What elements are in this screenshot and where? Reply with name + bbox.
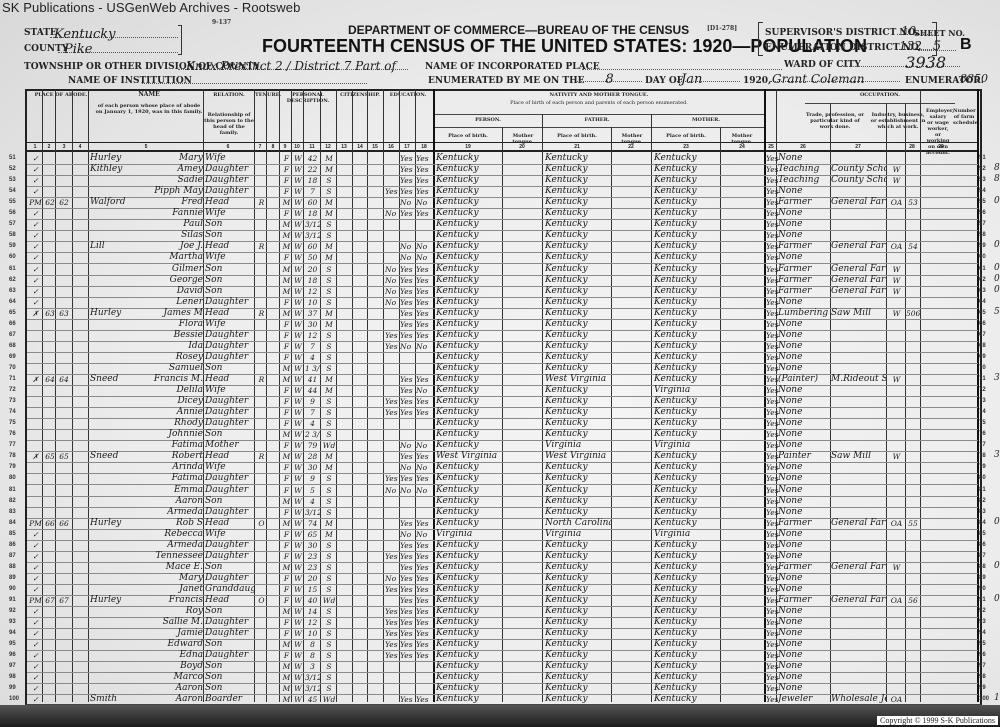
tenure-owned-cell: [256, 661, 267, 672]
can-write-cell: Yes: [416, 330, 433, 341]
employer-class-cell: W: [888, 164, 905, 175]
age-cell: 44: [305, 385, 320, 396]
marital-status-cell: S: [322, 473, 336, 484]
line-number-left: 55: [9, 199, 16, 205]
father-birthplace-cell: Kentucky: [545, 330, 611, 341]
given-name-cell: Jamie: [140, 628, 203, 639]
incorporated-place-field: [582, 60, 782, 70]
speaks-english-cell: Yes: [766, 639, 778, 650]
family-number-cell: 64: [57, 374, 71, 385]
speaks-english-cell: Yes: [766, 694, 778, 705]
race-cell: W: [292, 186, 304, 197]
col-number: 13: [338, 144, 350, 150]
speaks-english-cell: Yes: [766, 672, 778, 683]
mother-birthplace-cell: Kentucky: [654, 595, 720, 606]
employer-class-cell: [888, 540, 905, 551]
line-number-left: 52: [9, 166, 16, 172]
employer-class-cell: W: [888, 451, 905, 462]
dwelling-number-cell: [44, 551, 56, 562]
sex-cell: M: [281, 639, 292, 650]
relation-cell: Daughter: [205, 330, 255, 341]
marital-status-cell: S: [322, 429, 336, 440]
marital-status-cell: S: [322, 330, 336, 341]
race-cell: W: [292, 363, 304, 374]
industry-cell: [831, 672, 886, 683]
mother-birthplace-cell: Kentucky: [654, 462, 720, 473]
family-number-cell: 67: [57, 595, 71, 606]
can-read-cell: [400, 352, 416, 363]
attended-school-cell: [385, 694, 400, 705]
age-cell: 2 3/12: [305, 429, 320, 440]
employer-class-cell: [888, 606, 905, 617]
can-read-cell: [400, 661, 416, 672]
speaks-english-cell: Yes: [766, 429, 778, 440]
mother-birthplace-cell: Virginia: [654, 440, 720, 451]
given-name-cell: Samuel: [140, 363, 203, 374]
can-write-cell: Yes: [416, 562, 433, 573]
farm-schedule-cell: [906, 230, 920, 241]
sex-cell: F: [281, 628, 292, 639]
age-cell: 23: [305, 551, 320, 562]
col-number: 14: [354, 144, 366, 150]
check-mark-cell: [29, 473, 42, 484]
farm-schedule-cell: [906, 407, 920, 418]
father-birthplace-cell: Kentucky: [545, 153, 611, 164]
can-write-cell: Yes: [416, 186, 433, 197]
check-mark-cell: ✓: [29, 683, 42, 694]
tenure-owned-cell: [256, 529, 267, 540]
industry-cell: [831, 683, 886, 694]
industry-cell: [831, 407, 886, 418]
industry-cell: General Farm: [831, 241, 886, 252]
industry-cell: [831, 661, 886, 672]
can-read-cell: Yes: [400, 308, 416, 319]
industry-cell: [831, 540, 886, 551]
can-read-cell: [400, 672, 416, 683]
tenure-owned-cell: [256, 164, 267, 175]
trade-cell: None: [778, 683, 830, 694]
birthplace-cell: West Virginia: [436, 451, 502, 462]
industry-cell: County School: [831, 164, 886, 175]
dwelling-number-cell: [44, 330, 56, 341]
mother-birthplace-cell: Kentucky: [654, 496, 720, 507]
surname-cell: [90, 429, 142, 440]
father-birthplace-cell: Kentucky: [545, 694, 611, 705]
family-number-cell: [57, 661, 71, 672]
line-number: 67: [979, 332, 986, 338]
father-birthplace-cell: West Virginia: [545, 374, 611, 385]
tenure-owned-cell: [256, 363, 267, 374]
marital-status-cell: S: [322, 661, 336, 672]
relation-cell: Wife: [205, 462, 255, 473]
farm-schedule-cell: [906, 661, 920, 672]
family-number-cell: [57, 219, 71, 230]
attended-school-cell: [385, 352, 400, 363]
mother-birthplace-cell: Kentucky: [654, 241, 720, 252]
age-cell: 1 3/12: [305, 363, 320, 374]
tenure-owned-cell: [256, 573, 267, 584]
farm-schedule-cell: [906, 562, 920, 573]
surname-cell: [90, 440, 142, 451]
trade-cell: Farmer: [778, 241, 830, 252]
township-value: Knox Precinct 2 / District 7 Part of: [186, 59, 396, 73]
given-name-cell: Mace E.: [140, 562, 203, 573]
trade-cell: None: [778, 650, 830, 661]
trade-cell: None: [778, 485, 830, 496]
attended-school-cell: [385, 562, 400, 573]
header-tenure: TENURE.: [255, 92, 279, 98]
check-mark-cell: ✓: [29, 661, 42, 672]
marital-status-cell: S: [322, 507, 336, 518]
trade-cell: Lumbering: [778, 308, 830, 319]
attended-school-cell: No: [385, 286, 400, 297]
state-field: Kentucky: [50, 25, 178, 38]
family-number-cell: [57, 584, 71, 595]
tenure-owned-cell: [256, 341, 267, 352]
sex-cell: M: [281, 286, 292, 297]
can-read-cell: Yes: [400, 286, 416, 297]
family-number-cell: 63: [57, 308, 71, 319]
dwelling-number-cell: [44, 429, 56, 440]
birthplace-cell: Kentucky: [436, 363, 502, 374]
mother-birthplace-cell: Kentucky: [654, 584, 720, 595]
birthplace-cell: Kentucky: [436, 440, 502, 451]
father-birthplace-cell: Kentucky: [545, 297, 611, 308]
farm-schedule-cell: 56: [906, 595, 920, 606]
sex-cell: F: [281, 352, 292, 363]
farm-schedule-cell: [906, 584, 920, 595]
check-mark-cell: ✓: [29, 275, 42, 286]
sex-cell: M: [281, 683, 292, 694]
marital-status-cell: S: [322, 650, 336, 661]
race-cell: W: [292, 639, 304, 650]
trade-cell: Farmer: [778, 286, 830, 297]
given-name-cell: Aaron: [140, 496, 203, 507]
given-name-cell: Fatima: [140, 473, 203, 484]
tenure-owned-cell: [256, 584, 267, 595]
col-number: 8: [267, 144, 279, 150]
sheet-side: B: [960, 36, 972, 54]
family-number-cell: [57, 529, 71, 540]
sex-cell: F: [281, 485, 292, 496]
attended-school-cell: [385, 252, 400, 263]
age-cell: 30: [305, 462, 320, 473]
trade-cell: Painter: [778, 451, 830, 462]
father-birthplace-cell: Kentucky: [545, 562, 611, 573]
birthplace-cell: Kentucky: [436, 186, 502, 197]
line-number-left: 67: [9, 332, 16, 338]
tenure-owned-cell: [256, 496, 267, 507]
father-birthplace-cell: Kentucky: [545, 429, 611, 440]
given-name-cell: Joe J.: [140, 241, 203, 252]
given-name-cell: Armeda: [140, 540, 203, 551]
attended-school-cell: [385, 230, 400, 241]
relation-cell: Head: [205, 374, 255, 385]
check-mark-cell: ✗: [29, 451, 42, 462]
sex-cell: M: [281, 429, 292, 440]
tenure-owned-cell: [256, 485, 267, 496]
line-number-left: 74: [9, 409, 16, 415]
can-read-cell: Yes: [400, 617, 416, 628]
age-cell: 74: [305, 518, 320, 529]
family-number-cell: 66: [57, 518, 71, 529]
can-read-cell: [400, 363, 416, 374]
father-birthplace-cell: Virginia: [545, 440, 611, 451]
line-number: 83: [979, 509, 986, 515]
mother-birthplace-cell: Kentucky: [654, 153, 720, 164]
farm-schedule-cell: [906, 319, 920, 330]
mother-birthplace-cell: Kentucky: [654, 562, 720, 573]
birthplace-cell: Kentucky: [436, 407, 502, 418]
line-number: 56: [979, 210, 986, 216]
can-read-cell: Yes: [400, 275, 416, 286]
family-number-cell: [57, 241, 71, 252]
attended-school-cell: Yes: [385, 407, 400, 418]
employer-class-cell: [888, 639, 905, 650]
industry-cell: M.Rideout Sale: [831, 374, 886, 385]
age-cell: 45: [305, 694, 320, 705]
age-cell: 3/12: [305, 219, 320, 230]
attended-school-cell: [385, 164, 400, 175]
can-read-cell: Yes: [400, 540, 416, 551]
family-number-cell: [57, 683, 71, 694]
attended-school-cell: Yes: [385, 473, 400, 484]
trade-cell: None: [778, 396, 830, 407]
employer-class-cell: W: [888, 275, 905, 286]
line-number-left: 76: [9, 431, 16, 437]
line-number: 74: [979, 409, 986, 415]
attended-school-cell: No: [385, 573, 400, 584]
birthplace-cell: Kentucky: [436, 606, 502, 617]
race-cell: W: [292, 595, 304, 606]
line-number: 68: [979, 343, 986, 349]
can-read-cell: Yes: [400, 628, 416, 639]
mother-birthplace-cell: Kentucky: [654, 197, 720, 208]
trade-cell: Farmer: [778, 562, 830, 573]
surname-cell: [90, 562, 142, 573]
given-name-cell: Mary: [140, 153, 203, 164]
line-number: 93: [979, 619, 986, 625]
farm-schedule-cell: [906, 330, 920, 341]
age-cell: 7: [305, 341, 320, 352]
birthplace-cell: Kentucky: [436, 385, 502, 396]
sex-cell: M: [281, 230, 292, 241]
sex-cell: M: [281, 275, 292, 286]
given-name-cell: Robert: [140, 451, 203, 462]
industry-cell: [831, 496, 886, 507]
relation-cell: Daughter: [205, 628, 255, 639]
tenure-owned-cell: [256, 330, 267, 341]
father-birthplace-cell: Kentucky: [545, 617, 611, 628]
surname-cell: Sneed: [90, 374, 142, 385]
can-read-cell: Yes: [400, 451, 416, 462]
race-cell: W: [292, 617, 304, 628]
speaks-english-cell: Yes: [766, 219, 778, 230]
sex-cell: M: [281, 562, 292, 573]
can-write-cell: Yes: [416, 606, 433, 617]
header-relation-desc: Relationship of this person to the head …: [204, 112, 254, 136]
marital-status-cell: S: [322, 363, 336, 374]
dwelling-number-cell: [44, 341, 56, 352]
line-number: 63: [979, 288, 986, 294]
dwelling-number-cell: [44, 462, 56, 473]
birthplace-cell: Kentucky: [436, 562, 502, 573]
industry-cell: [831, 440, 886, 451]
line-number: 57: [979, 221, 986, 227]
can-write-cell: Yes: [416, 286, 433, 297]
surname-cell: Hurley: [90, 518, 142, 529]
can-write-cell: Yes: [416, 164, 433, 175]
speaks-english-cell: Yes: [766, 418, 778, 429]
trade-cell: Farmer: [778, 197, 830, 208]
sex-cell: F: [281, 595, 292, 606]
dwelling-number-cell: [44, 628, 56, 639]
col-number: 11: [306, 144, 318, 150]
birthplace-cell: Kentucky: [436, 341, 502, 352]
sex-cell: F: [281, 462, 292, 473]
check-mark-cell: ✓: [29, 540, 42, 551]
family-number-cell: [57, 672, 71, 683]
township-field: Knox Precinct 2 / District 7 Part of: [178, 57, 408, 70]
relation-cell: Son: [205, 363, 255, 374]
age-cell: 3/12: [305, 507, 320, 518]
relation-cell: Wife: [205, 385, 255, 396]
industry-cell: [831, 628, 886, 639]
tenure-owned-cell: [256, 429, 267, 440]
age-cell: 4: [305, 352, 320, 363]
line-number-left: 61: [9, 266, 16, 272]
line-number-left: 88: [9, 564, 16, 570]
can-read-cell: No: [400, 485, 416, 496]
tenure-owned-cell: [256, 297, 267, 308]
attended-school-cell: [385, 683, 400, 694]
surname-cell: [90, 496, 142, 507]
ward-field: 3938: [840, 53, 960, 67]
marital-status-cell: S: [322, 219, 336, 230]
sex-cell: F: [281, 617, 292, 628]
given-name-cell: Aaron: [140, 694, 203, 705]
farm-schedule-cell: [906, 352, 920, 363]
sex-cell: M: [281, 672, 292, 683]
employer-class-cell: [888, 252, 905, 263]
line-number: 54: [979, 188, 986, 194]
given-name-cell: Fatima: [140, 440, 203, 451]
speaks-english-cell: Yes: [766, 661, 778, 672]
dwelling-number-cell: [44, 418, 56, 429]
dwelling-number-cell: 67: [44, 595, 56, 606]
farm-schedule-cell: [906, 341, 920, 352]
occupation-code-annotation: 012: [994, 274, 1000, 284]
industry-cell: [831, 606, 886, 617]
speaks-english-cell: Yes: [766, 175, 778, 186]
race-cell: W: [292, 661, 304, 672]
relation-cell: Wife: [205, 529, 255, 540]
surname-cell: Kithley: [90, 164, 142, 175]
industry-cell: [831, 462, 886, 473]
father-birthplace-cell: North Carolina: [545, 518, 611, 529]
surname-cell: [90, 396, 142, 407]
can-read-cell: Yes: [400, 551, 416, 562]
marital-status-cell: S: [322, 341, 336, 352]
can-read-cell: [400, 219, 416, 230]
mother-birthplace-cell: Kentucky: [654, 264, 720, 275]
check-mark-cell: ✓: [29, 694, 42, 705]
family-number-cell: 65: [57, 451, 71, 462]
relation-cell: Daughter: [205, 540, 255, 551]
line-number: 55: [979, 199, 986, 205]
speaks-english-cell: Yes: [766, 407, 778, 418]
given-name-cell: Aaron: [140, 683, 203, 694]
race-cell: W: [292, 396, 304, 407]
occupation-code-annotation: 010: [994, 285, 1000, 295]
birthplace-cell: Kentucky: [436, 264, 502, 275]
birthplace-cell: Kentucky: [436, 308, 502, 319]
can-read-cell: Yes: [400, 639, 416, 650]
marital-status-cell: M: [322, 462, 336, 473]
employer-class-cell: [888, 186, 905, 197]
trade-cell: None: [778, 440, 830, 451]
birthplace-cell: Kentucky: [436, 473, 502, 484]
marital-status-cell: M: [322, 197, 336, 208]
mother-birthplace-cell: Kentucky: [654, 639, 720, 650]
surname-cell: [90, 418, 142, 429]
can-read-cell: No: [400, 462, 416, 473]
sex-cell: F: [281, 208, 292, 219]
employer-class-cell: [888, 473, 905, 484]
industry-cell: [831, 639, 886, 650]
mother-birthplace-cell: Kentucky: [654, 175, 720, 186]
attended-school-cell: No: [385, 485, 400, 496]
can-read-cell: Yes: [400, 164, 416, 175]
father-birthplace-cell: Kentucky: [545, 407, 611, 418]
family-number-cell: [57, 363, 71, 374]
father-birthplace-cell: Kentucky: [545, 319, 611, 330]
supervisor-district-label: SUPERVISOR'S DISTRICT NO.: [765, 28, 918, 38]
attended-school-cell: [385, 540, 400, 551]
mother-birthplace-cell: Kentucky: [654, 208, 720, 219]
father-birthplace-cell: Kentucky: [545, 507, 611, 518]
line-number-left: 92: [9, 608, 16, 614]
attended-school-cell: [385, 429, 400, 440]
line-number-left: 85: [9, 531, 16, 537]
industry-cell: [831, 252, 886, 263]
trade-cell: None: [778, 186, 830, 197]
race-cell: W: [292, 330, 304, 341]
check-mark-cell: ✓: [29, 529, 42, 540]
trade-cell: None: [778, 297, 830, 308]
age-cell: 12: [305, 617, 320, 628]
occupation-code-annotation: 864: [994, 163, 1000, 173]
mother-birthplace-cell: Kentucky: [654, 330, 720, 341]
industry-cell: [831, 153, 886, 164]
marital-status-cell: S: [322, 286, 336, 297]
industry-cell: General Farm: [831, 286, 886, 297]
race-cell: W: [292, 518, 304, 529]
age-cell: 42: [305, 153, 320, 164]
surname-cell: [90, 208, 142, 219]
marital-status-cell: S: [322, 396, 336, 407]
tenure-owned-cell: [256, 230, 267, 241]
relation-cell: Son: [205, 429, 255, 440]
trade-cell: None: [778, 661, 830, 672]
father-birthplace-cell: Kentucky: [545, 230, 611, 241]
employer-class-cell: [888, 341, 905, 352]
marital-status-cell: M: [322, 308, 336, 319]
industry-cell: [831, 385, 886, 396]
farm-schedule-cell: [906, 540, 920, 551]
surname-cell: [90, 507, 142, 518]
can-write-cell: Yes: [416, 551, 433, 562]
